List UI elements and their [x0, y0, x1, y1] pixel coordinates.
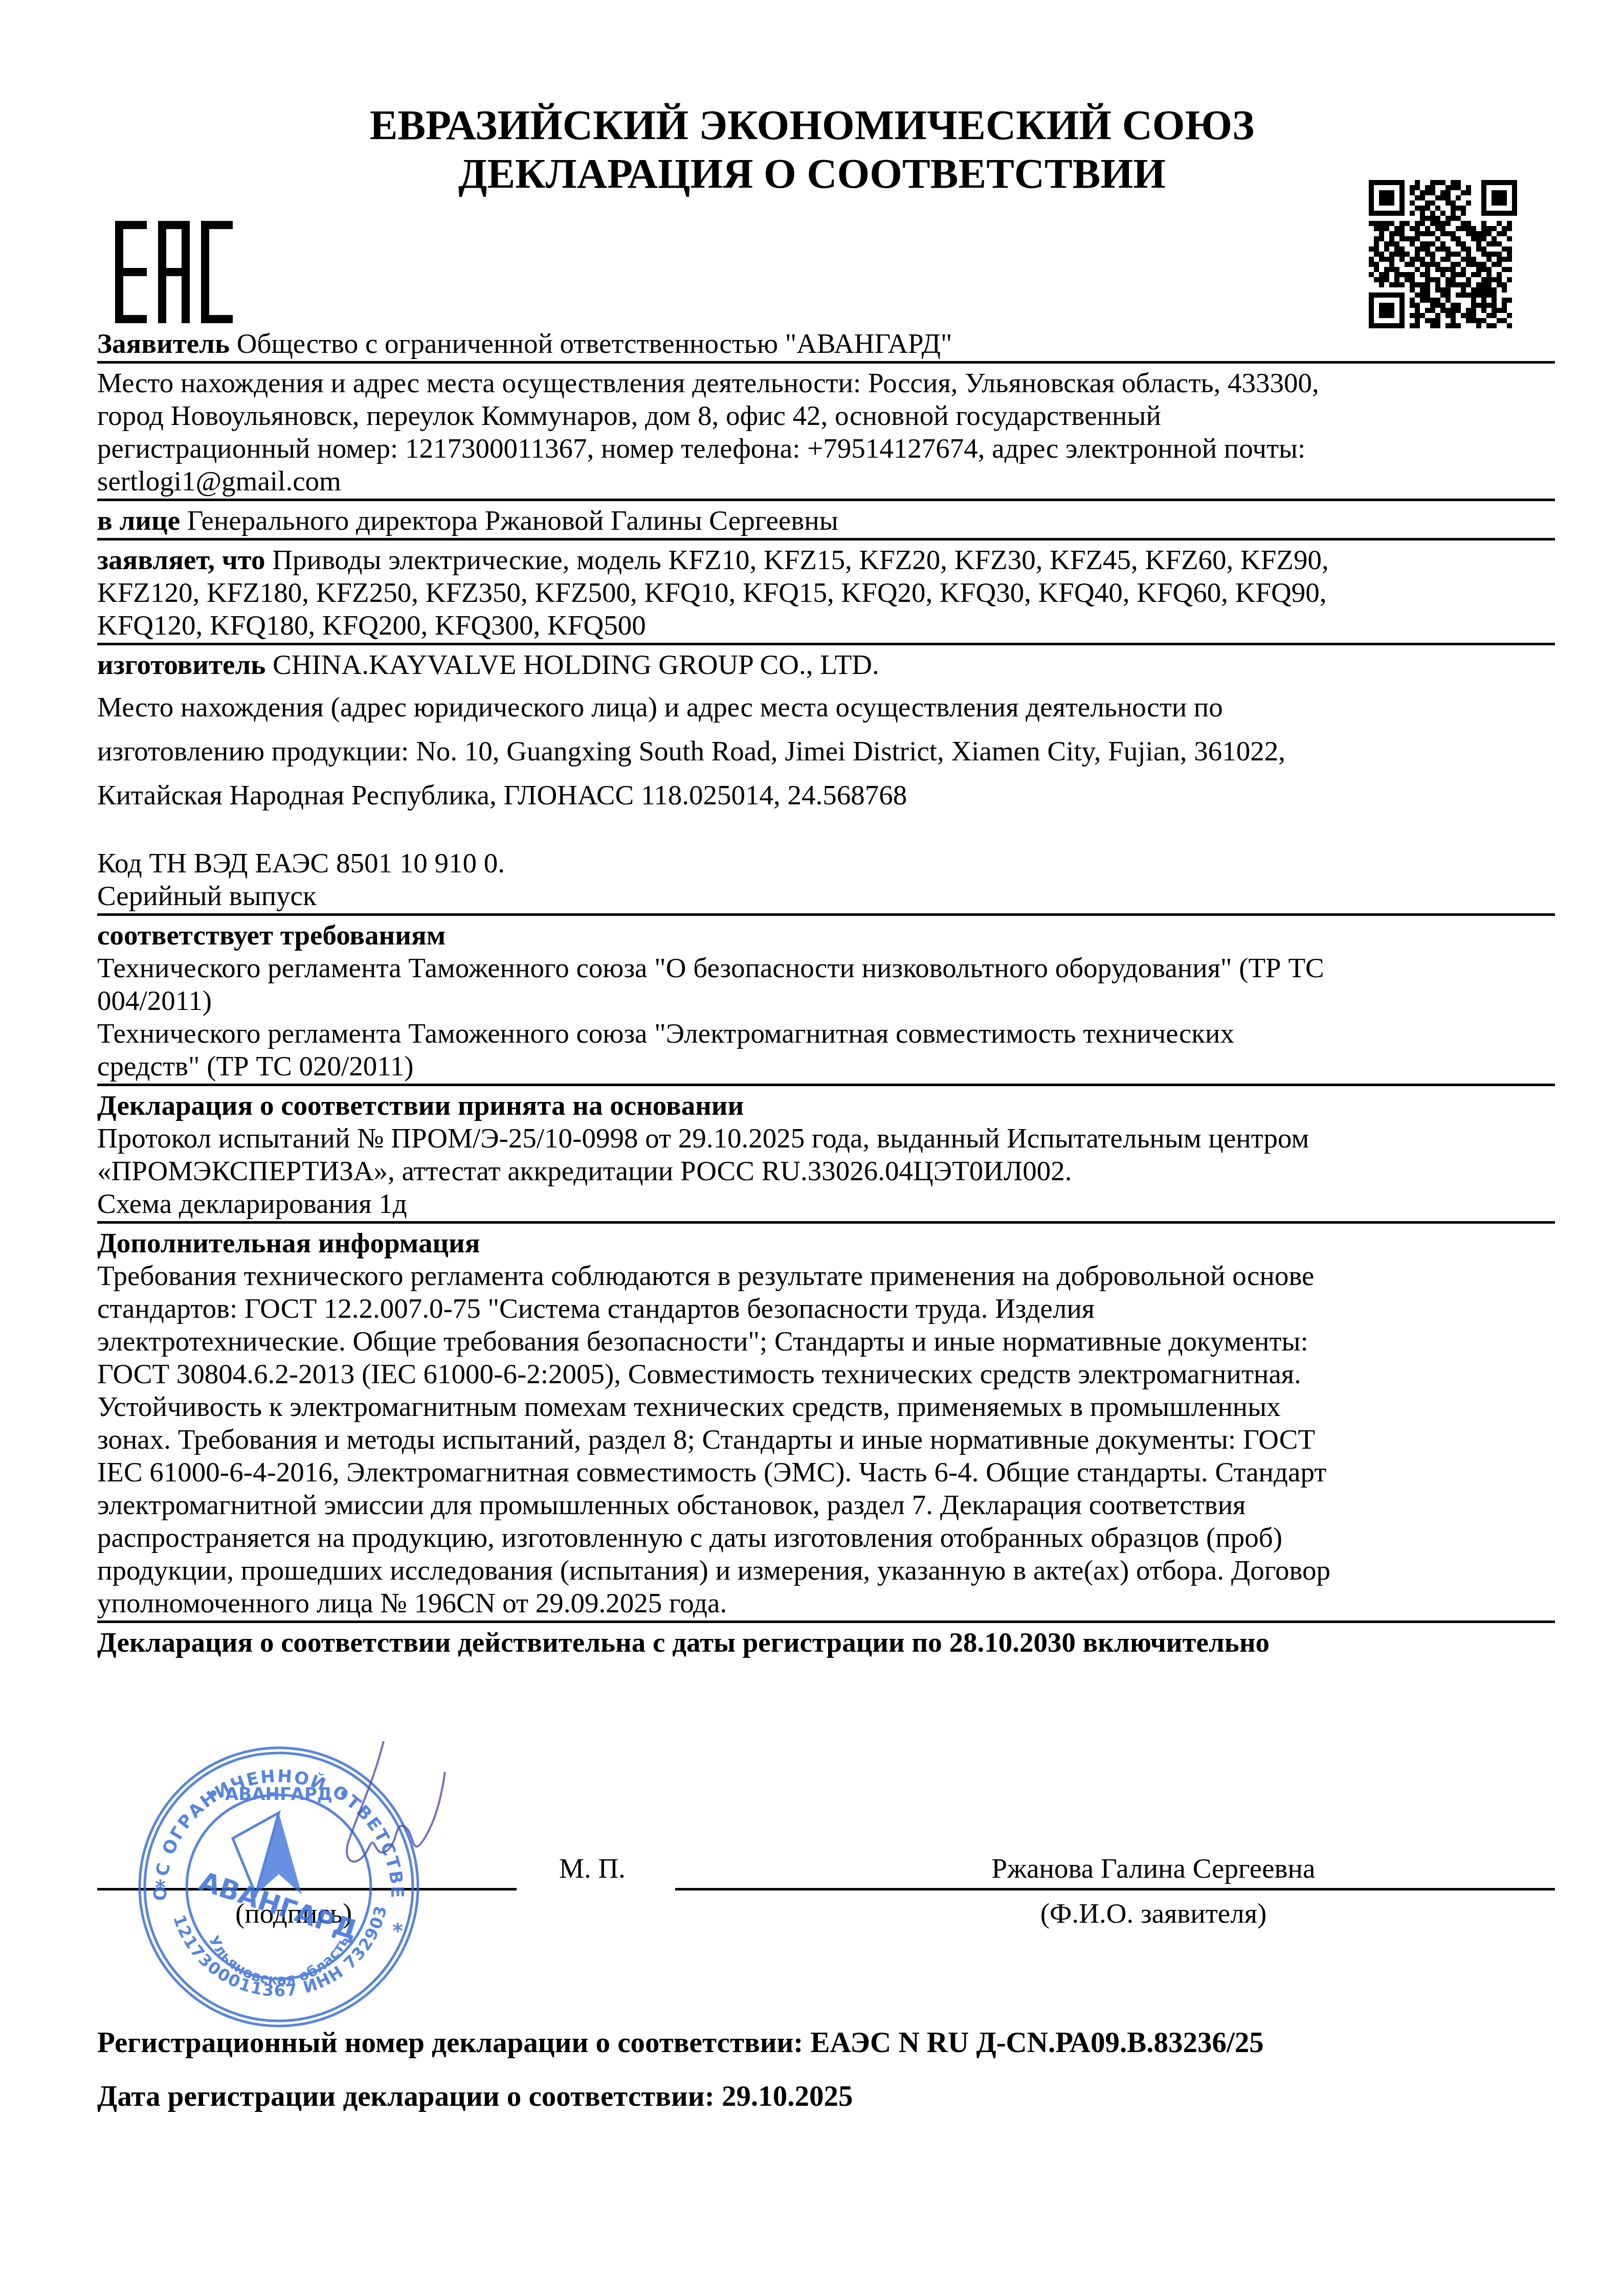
basis-section: Декларация о соответствии принята на осн…: [97, 1089, 1555, 1224]
applicant-label: Заявитель: [97, 328, 230, 359]
additional-info-line: распространяется на продукцию, изготовле…: [97, 1521, 1555, 1554]
declares-section: заявляет, что Приводы электрические, мод…: [97, 544, 1555, 645]
validity-section: Декларация о соответствии действительна …: [97, 1626, 1555, 1659]
applicant-address-line: регистрационный номер: 1217300011367, но…: [97, 432, 1555, 465]
svg-text:• АВАНГАРД •: • АВАНГАРД •: [208, 1784, 349, 1805]
registration-date-row: Дата регистрации декларации о соответств…: [97, 2079, 853, 2114]
represented-by-label: в лице: [97, 505, 180, 536]
signature-line: [97, 1888, 517, 1890]
basis-line: Протокол испытаний № ПРОМ/Э-25/10-0998 о…: [97, 1122, 1555, 1155]
signature-row: М. П. Ржанова Галина Сергеевна (подпись)…: [97, 1851, 1555, 1912]
svg-text:Ульяновская область: Ульяновская область: [205, 1933, 352, 1988]
manufacturer-value: CHINA.KAYVALVE HOLDING GROUP CO., LTD.: [273, 649, 879, 680]
manufacturer-address-line: Место нахождения (адрес юридического лиц…: [97, 685, 1555, 729]
additional-info-label: Дополнительная информация: [97, 1227, 1555, 1259]
requirement-line: 004/2011): [97, 984, 1555, 1017]
fio-caption: (Ф.И.О. заявителя): [675, 1897, 1555, 1929]
additional-info-section: Дополнительная информация Требования тех…: [97, 1227, 1555, 1623]
applicant-address: Место нахождения и адрес места осуществл…: [97, 367, 1555, 501]
registration-date-label: Дата регистрации декларации о соответств…: [97, 2080, 722, 2112]
additional-info-line: стандартов: ГОСТ 12.2.007.0-75 "Система …: [97, 1292, 1555, 1325]
product-codes: Код ТН ВЭД ЕАЭС 8501 10 910 0. Серийный …: [97, 847, 1555, 916]
product-line: KFQ120, KFQ180, KFQ200, KFQ300, KFQ500: [97, 609, 1555, 642]
validity-text: Декларация о соответствии действительна …: [97, 1626, 1555, 1659]
declaration-body: Заявитель Общество с ограниченной ответс…: [97, 327, 1555, 1659]
manufacturer-address-line: изготовлению продукции: No. 10, Guangxin…: [97, 729, 1555, 773]
tn-ved-code: Код ТН ВЭД ЕАЭС 8501 10 910 0.: [97, 847, 1555, 880]
additional-info-line: электромагнитной эмиссии для промышленны…: [97, 1489, 1555, 1521]
requirement-line: средств" (ТР ТС 020/2011): [97, 1050, 1555, 1083]
registration-number-value: ЕАЭС N RU Д-CN.РА09.В.83236/25: [811, 2027, 1264, 2059]
signer-name: Ржанова Галина Сергеевна: [675, 1852, 1555, 1884]
eac-mark-icon: [115, 221, 233, 323]
requirement-line: Технического регламента Таможенного союз…: [97, 1017, 1555, 1050]
represented-by-value: Генерального директора Ржановой Галины С…: [187, 505, 838, 536]
additional-info-line: ГОСТ 30804.6.2-2013 (IEC 61000-6-2:2005)…: [97, 1358, 1555, 1390]
declaration-page: ЕВРАЗИЙСКИЙ ЭКОНОМИЧЕСКИЙ СОЮЗ ДЕКЛАРАЦИ…: [0, 0, 1624, 2296]
requirements-section: соответствует требованиям Технического р…: [97, 919, 1555, 1086]
release-type: Серийный выпуск: [97, 880, 1555, 912]
additional-info-line: Устойчивость к электромагнитным помехам …: [97, 1390, 1555, 1423]
manufacturer-section: изготовитель CHINA.KAYVALVE HOLDING GROU…: [97, 648, 1555, 682]
basis-line: «ПРОМЭКСПЕРТИЗА», аттестат аккредитации …: [97, 1155, 1555, 1187]
registration-number-row: Регистрационный номер декларации о соотв…: [97, 2025, 1264, 2061]
qr-code-icon[interactable]: [1369, 180, 1517, 328]
signature-caption: (подпись): [235, 1897, 352, 1929]
represented-by-section: в лице Генерального директора Ржановой Г…: [97, 504, 1555, 541]
applicant-section: Заявитель Общество с ограниченной ответс…: [97, 327, 1555, 364]
additional-info-line: электротехнические. Общие требования без…: [97, 1325, 1555, 1358]
manufacturer-address-line: Китайская Народная Республика, ГЛОНАСС 1…: [97, 773, 1555, 817]
basis-label: Декларация о соответствии принята на осн…: [97, 1089, 1555, 1122]
union-title: ЕВРАЗИЙСКИЙ ЭКОНОМИЧЕСКИЙ СОЮЗ: [0, 100, 1624, 151]
applicant-email: sertlogi1@gmail.com: [97, 465, 1555, 498]
product-line: Приводы электрические, модель KFZ10, KFZ…: [272, 544, 1328, 575]
manufacturer-address: Место нахождения (адрес юридического лиц…: [97, 685, 1555, 817]
basis-line: Схема декларирования 1д: [97, 1187, 1555, 1220]
requirements-label: соответствует требованиям: [97, 919, 1555, 952]
declares-label: заявляет, что: [97, 544, 265, 575]
applicant-address-line: Место нахождения и адрес места осуществл…: [97, 367, 1555, 399]
additional-info-line: продукции, прошедших исследования (испыт…: [97, 1554, 1555, 1587]
applicant-address-line: город Новоульяновск, переулок Коммунаров…: [97, 399, 1555, 432]
applicant-value: Общество с ограниченной ответственностью…: [237, 328, 952, 359]
fio-line: [675, 1888, 1555, 1890]
additional-info-line: Требования технического регламента соблю…: [97, 1259, 1555, 1292]
svg-text:*: *: [392, 1920, 403, 1943]
requirement-line: Технического регламента Таможенного союз…: [97, 952, 1555, 984]
additional-info-line: зонах. Требования и методы испытаний, ра…: [97, 1423, 1555, 1456]
product-line: KFZ120, KFZ180, KFZ250, KFZ350, KFZ500, …: [97, 576, 1555, 609]
manufacturer-label: изготовитель: [97, 649, 265, 680]
additional-info-line: уполномоченного лица № 196CN от 29.09.20…: [97, 1587, 1555, 1619]
additional-info-line: IEC 61000-6-4-2016, Электромагнитная сов…: [97, 1456, 1555, 1489]
registration-number-label: Регистрационный номер декларации о соотв…: [97, 2027, 811, 2059]
registration-date-value: 29.10.2025: [722, 2080, 853, 2112]
seal-place-label: М. П.: [559, 1852, 626, 1884]
